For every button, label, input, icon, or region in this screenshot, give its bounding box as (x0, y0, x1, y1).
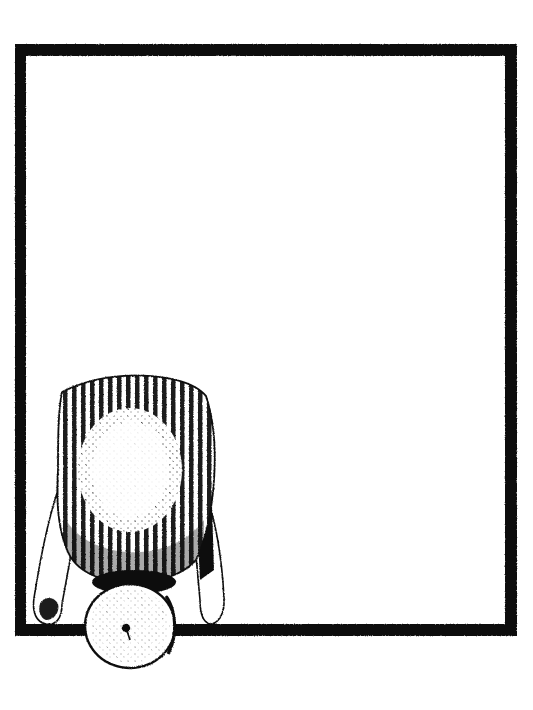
wheel-axle-icon (122, 624, 130, 632)
ab-wheel (85, 570, 176, 668)
illustration-canvas (0, 0, 533, 710)
